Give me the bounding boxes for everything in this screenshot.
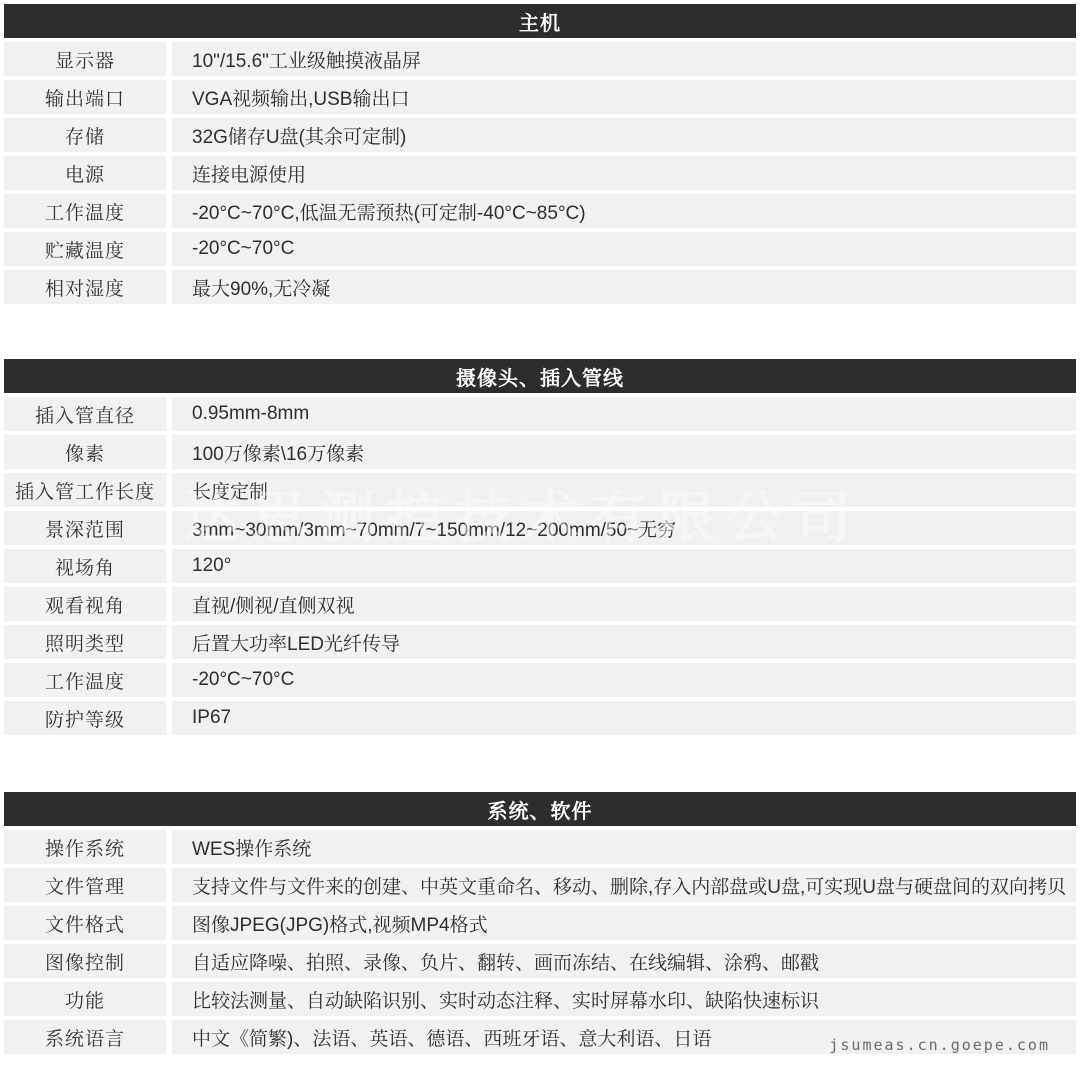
spec-label: 像素 [4, 435, 166, 469]
spec-row: 操作系统WES操作系统 [4, 830, 1076, 864]
spec-value: 中文《简繁)、法语、英语、德语、西班牙语、意大利语、日语 [172, 1020, 1076, 1054]
spec-row: 工作温度-20°C~70°C,低温无需预热(可定制-40°C~85°C) [4, 194, 1076, 228]
spec-row: 观看视角直视/侧视/直侧双视 [4, 587, 1076, 621]
spec-value: -20°C~70°C [172, 232, 1076, 266]
spec-value: 自适应降噪、拍照、录像、负片、翻转、画而冻结、在线编辑、涂鸦、邮戳 [172, 944, 1076, 978]
spec-row: 景深范围3mm~30mm/3mm~70mm/7~150mm/12~200mm/5… [4, 511, 1076, 545]
spec-row: 电源连接电源使用 [4, 156, 1076, 190]
spec-label: 照明类型 [4, 625, 166, 659]
spec-label: 贮藏温度 [4, 232, 166, 266]
section-title: 主机 [4, 4, 1076, 38]
spec-row: 像素100万像素\16万像素 [4, 435, 1076, 469]
spec-row: 功能比较法测量、自动缺陷识别、实时动态注释、实时屏幕水印、缺陷快速标识 [4, 982, 1076, 1016]
spec-row: 防护等级IP67 [4, 701, 1076, 735]
spec-value: -20°C~70°C,低温无需预热(可定制-40°C~85°C) [172, 194, 1076, 228]
spec-section: 系统、软件操作系统WES操作系统文件管理支持文件与文件来的创建、中英文重命名、移… [4, 792, 1076, 1054]
spec-value: 0.95mm-8mm [172, 397, 1076, 431]
spec-label: 图像控制 [4, 944, 166, 978]
spec-value: VGA视频输出,USB输出口 [172, 80, 1076, 114]
spec-label: 景深范围 [4, 511, 166, 545]
spec-value: 比较法测量、自动缺陷识别、实时动态注释、实时屏幕水印、缺陷快速标识 [172, 982, 1076, 1016]
spec-label: 系统语言 [4, 1020, 166, 1054]
spec-row: 文件管理支持文件与文件来的创建、中英文重命名、移动、删除,存入内部盘或U盘,可实… [4, 868, 1076, 902]
spec-row: 图像控制自适应降噪、拍照、录像、负片、翻转、画而冻结、在线编辑、涂鸦、邮戳 [4, 944, 1076, 978]
spec-label: 功能 [4, 982, 166, 1016]
spec-value: 长度定制 [172, 473, 1076, 507]
section-title: 摄像头、插入管线 [4, 359, 1076, 393]
spec-label: 操作系统 [4, 830, 166, 864]
spec-value: 直视/侧视/直侧双视 [172, 587, 1076, 621]
spec-label: 文件格式 [4, 906, 166, 940]
spec-row: 存储32G储存U盘(其余可定制) [4, 118, 1076, 152]
spec-value: 32G储存U盘(其余可定制) [172, 118, 1076, 152]
spec-tables: 主机显示器10"/15.6"工业级触摸液晶屏输出端口VGA视频输出,USB输出口… [0, 0, 1080, 1054]
spec-section: 主机显示器10"/15.6"工业级触摸液晶屏输出端口VGA视频输出,USB输出口… [4, 4, 1076, 304]
spec-row: 工作温度-20°C~70°C [4, 663, 1076, 697]
spec-value: 连接电源使用 [172, 156, 1076, 190]
spec-value: 3mm~30mm/3mm~70mm/7~150mm/12~200mm/50~无穷 [172, 511, 1076, 545]
spec-row: 文件格式图像JPEG(JPG)格式,视频MP4格式 [4, 906, 1076, 940]
spec-value: 图像JPEG(JPG)格式,视频MP4格式 [172, 906, 1076, 940]
spec-label: 观看视角 [4, 587, 166, 621]
spec-label: 插入管直径 [4, 397, 166, 431]
spec-row: 视场角120° [4, 549, 1076, 583]
spec-row: 显示器10"/15.6"工业级触摸液晶屏 [4, 42, 1076, 76]
spec-row: 插入管工作长度长度定制 [4, 473, 1076, 507]
spec-label: 工作温度 [4, 663, 166, 697]
spec-label: 文件管理 [4, 868, 166, 902]
section-title: 系统、软件 [4, 792, 1076, 826]
spec-row: 插入管直径0.95mm-8mm [4, 397, 1076, 431]
spec-value: WES操作系统 [172, 830, 1076, 864]
spec-label: 防护等级 [4, 701, 166, 735]
spec-sheet: 主机显示器10"/15.6"工业级触摸液晶屏输出端口VGA视频输出,USB输出口… [0, 0, 1080, 1067]
spec-value: 最大90%,无冷凝 [172, 270, 1076, 304]
spec-label: 存储 [4, 118, 166, 152]
spec-value: 10"/15.6"工业级触摸液晶屏 [172, 42, 1076, 76]
spec-value: 100万像素\16万像素 [172, 435, 1076, 469]
spec-label: 输出端口 [4, 80, 166, 114]
spec-label: 显示器 [4, 42, 166, 76]
spec-label: 相对湿度 [4, 270, 166, 304]
spec-value: 支持文件与文件来的创建、中英文重命名、移动、删除,存入内部盘或U盘,可实现U盘与… [172, 868, 1076, 902]
spec-label: 插入管工作长度 [4, 473, 166, 507]
spec-row: 输出端口VGA视频输出,USB输出口 [4, 80, 1076, 114]
spec-section: 摄像头、插入管线插入管直径0.95mm-8mm像素100万像素\16万像素插入管… [4, 359, 1076, 735]
spec-value: 后置大功率LED光纤传导 [172, 625, 1076, 659]
spec-row: 系统语言中文《简繁)、法语、英语、德语、西班牙语、意大利语、日语 [4, 1020, 1076, 1054]
spec-value: -20°C~70°C [172, 663, 1076, 697]
spec-value: 120° [172, 549, 1076, 583]
spec-row: 相对湿度最大90%,无冷凝 [4, 270, 1076, 304]
spec-label: 工作温度 [4, 194, 166, 228]
spec-row: 贮藏温度-20°C~70°C [4, 232, 1076, 266]
spec-value: IP67 [172, 701, 1076, 735]
spec-label: 电源 [4, 156, 166, 190]
spec-row: 照明类型后置大功率LED光纤传导 [4, 625, 1076, 659]
spec-label: 视场角 [4, 549, 166, 583]
